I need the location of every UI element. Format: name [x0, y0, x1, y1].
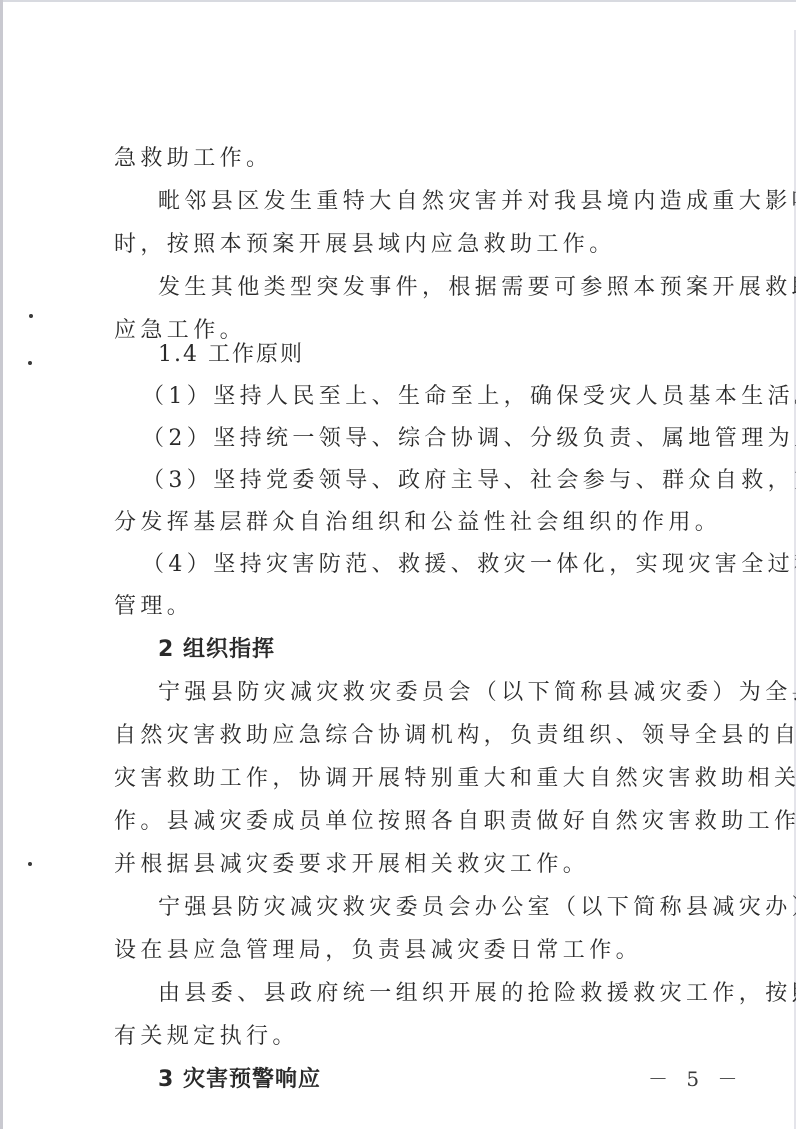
- margin-mark: [29, 314, 33, 318]
- paragraph-line: 宁强县防灾减灾救灾委员会办公室（以下简称县减灾办）: [158, 892, 796, 924]
- principle-item-3-cont: 分发挥基层群众自治组织和公益性社会组织的作用。: [114, 507, 721, 539]
- paragraph-line: 宁强县防灾减灾救灾委员会（以下简称县减灾委）为全县: [158, 677, 796, 709]
- section-heading-3: 3 灾害预警响应: [158, 1064, 321, 1096]
- page-number: － 5 －: [648, 1063, 743, 1092]
- principle-item-3: （3）坚持党委领导、政府主导、社会参与、群众自救，充: [142, 465, 796, 497]
- paragraph-line: 急救助工作。: [114, 143, 272, 175]
- principle-item-4: （4）坚持灾害防范、救援、救灾一体化，实现灾害全过程: [142, 549, 796, 581]
- page-edge-left: [0, 0, 3, 1129]
- paragraph-line: 有关规定执行。: [114, 1021, 299, 1053]
- paragraph-line: 由县委、县政府统一组织开展的抢险救援救灾工作，按照: [158, 978, 796, 1010]
- paragraph-line: 并根据县减灾委要求开展相关救灾工作。: [114, 849, 589, 881]
- paragraph-line: 灾害救助工作，协调开展特别重大和重大自然灾害救助相关工: [114, 763, 796, 795]
- paragraph-line: 作。县减灾委成员单位按照各自职责做好自然灾害救助工作，: [114, 806, 796, 838]
- paragraph-line: 毗邻县区发生重特大自然灾害并对我县境内造成重大影响: [158, 186, 796, 218]
- paragraph-line: 发生其他类型突发事件，根据需要可参照本预案开展救助: [158, 272, 796, 304]
- margin-mark: [28, 862, 32, 866]
- paragraph-line: 自然灾害救助应急综合协调机构，负责组织、领导全县的自然: [114, 720, 796, 752]
- section-heading-2: 2 组织指挥: [158, 634, 275, 666]
- page-edge-top: [0, 0, 796, 2]
- section-heading-1-4: 1.4 工作原则: [158, 339, 304, 371]
- margin-mark: [28, 361, 32, 365]
- principle-item-4-cont: 管理。: [114, 591, 193, 623]
- paragraph-line: 设在县应急管理局，负责县减灾委日常工作。: [114, 935, 642, 967]
- principle-item-1: （1）坚持人民至上、生命至上，确保受灾人员基本生活。: [142, 381, 796, 413]
- paragraph-line: 时，按照本预案开展县域内应急救助工作。: [114, 229, 616, 261]
- principle-item-2: （2）坚持统一领导、综合协调、分级负责、属地管理为主。: [142, 423, 796, 455]
